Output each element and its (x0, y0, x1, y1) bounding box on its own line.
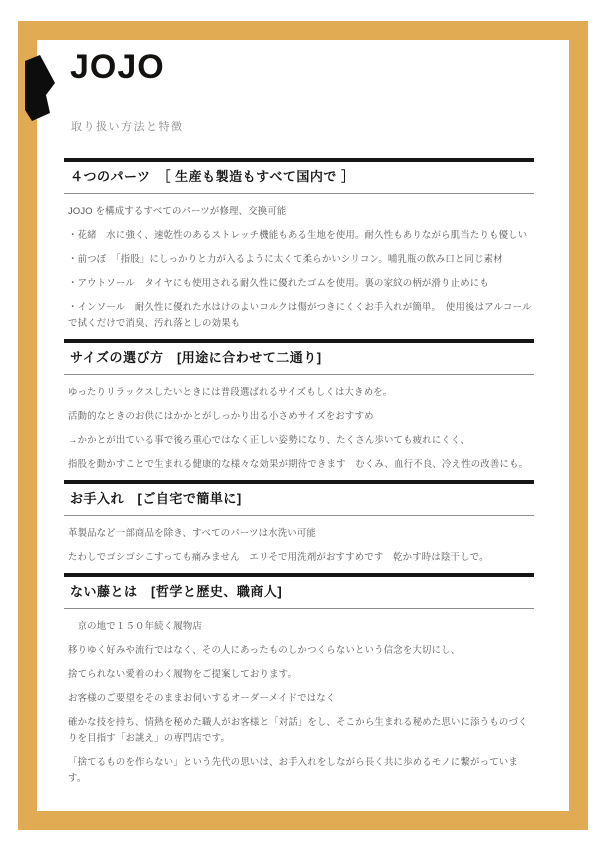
body-line: 活動的なときのお供にはかかとがしっかり出る小さめサイズをおすすめ (68, 408, 534, 424)
section-about: ない藤とは [哲学と歴史、職商人] 京の地で１５０年続く履物店 移りゆく好みや流… (64, 573, 534, 786)
brand-title: JOJO (70, 48, 165, 87)
section-about-body: 京の地で１５０年続く履物店 移りゆく好みや流行ではなく、その人にあったものしかつ… (64, 609, 534, 786)
body-line: たわしでゴシゴシこすっても痛みません エリそで用洗剤がおすすめです 乾かす時は陰… (68, 549, 534, 565)
body-line: 捨てられない愛着のわく履物をご提案しております。 (68, 666, 534, 682)
body-line: 京の地で１５０年続く履物店 (68, 618, 534, 634)
body-line: 革製品など一部商品を除き、すべてのパーツは水洗い可能 (68, 525, 534, 541)
body-line: 指股を動かすことで生まれる健康的な様々な効果が期待できます むくみ、血行不良、冷… (68, 456, 534, 472)
body-line: ・花緒 水に強く、速乾性のあるストレッチ機能もある生地を使用。耐久性もありながら… (68, 227, 534, 243)
page: JOJO 取り扱い方法と特徴 ４つのパーツ ［ 生産も製造もすべて国内で ］ J… (0, 0, 595, 842)
section-sizing: サイズの選び方 [用途に合わせて二通り] ゆったりリラックスしたいときには普段選… (64, 339, 534, 472)
section-about-title: ない藤とは [哲学と歴史、職商人] (64, 573, 534, 609)
body-line: 確かな技を持ち、情熱を秘めた職人がお客様と「対話」をし、そこから生まれる秘めた思… (68, 714, 534, 746)
document-body: ４つのパーツ ［ 生産も製造もすべて国内で ］ JOJO を構成するすべてのパー… (64, 158, 534, 794)
body-line: ・前つぼ 「指股」にしっかりと力が入るように太くて柔らかいシリコン。哺乳瓶の飲み… (68, 251, 534, 267)
body-line: ・インソール 耐久性に優れた水はけのよいコルクは傷がつきにくくお手入れが簡単。 … (68, 299, 534, 331)
section-sizing-body: ゆったりリラックスしたいときには普段選ばれるサイズもしくは大きめを。 活動的なと… (64, 375, 534, 472)
body-line: ・アウトソール タイヤにも使用される耐久性に優れたゴムを使用。裏の家紋の柄が滑り… (68, 275, 534, 291)
section-care-body: 革製品など一部商品を除き、すべてのパーツは水洗い可能 たわしでゴシゴシこすっても… (64, 516, 534, 565)
section-parts: ４つのパーツ ［ 生産も製造もすべて国内で ］ JOJO を構成するすべてのパー… (64, 158, 534, 331)
body-line: お客様のご要望をそのままお伺いするオーダーメイドではなく (68, 690, 534, 706)
page-subtitle: 取り扱い方法と特徴 (71, 118, 184, 134)
section-sizing-title: サイズの選び方 [用途に合わせて二通り] (64, 339, 534, 375)
body-line: →かかとが出ている事で後ろ重心ではなく正しい姿勢になり、たくさん歩いても疲れにく… (68, 432, 534, 448)
body-line: 「捨てるものを作らない」という先代の思いは、お手入れをしながら長く共に歩めるモノ… (68, 754, 534, 786)
section-parts-title: ４つのパーツ ［ 生産も製造もすべて国内で ］ (64, 158, 534, 194)
geta-sandal-silhouette-icon (24, 54, 56, 122)
body-line: ゆったりリラックスしたいときには普段選ばれるサイズもしくは大きめを。 (68, 384, 534, 400)
body-line: JOJO を構成するすべてのパーツが修理、交換可能 (68, 203, 534, 219)
body-line: 移りゆく好みや流行ではなく、その人にあったものしかつくらないという信念を大切にし… (68, 642, 534, 658)
section-care-title: お手入れ [ご自宅で簡単に] (64, 480, 534, 516)
section-parts-body: JOJO を構成するすべてのパーツが修理、交換可能 ・花緒 水に強く、速乾性のあ… (64, 194, 534, 331)
section-care: お手入れ [ご自宅で簡単に] 革製品など一部商品を除き、すべてのパーツは水洗い可… (64, 480, 534, 565)
